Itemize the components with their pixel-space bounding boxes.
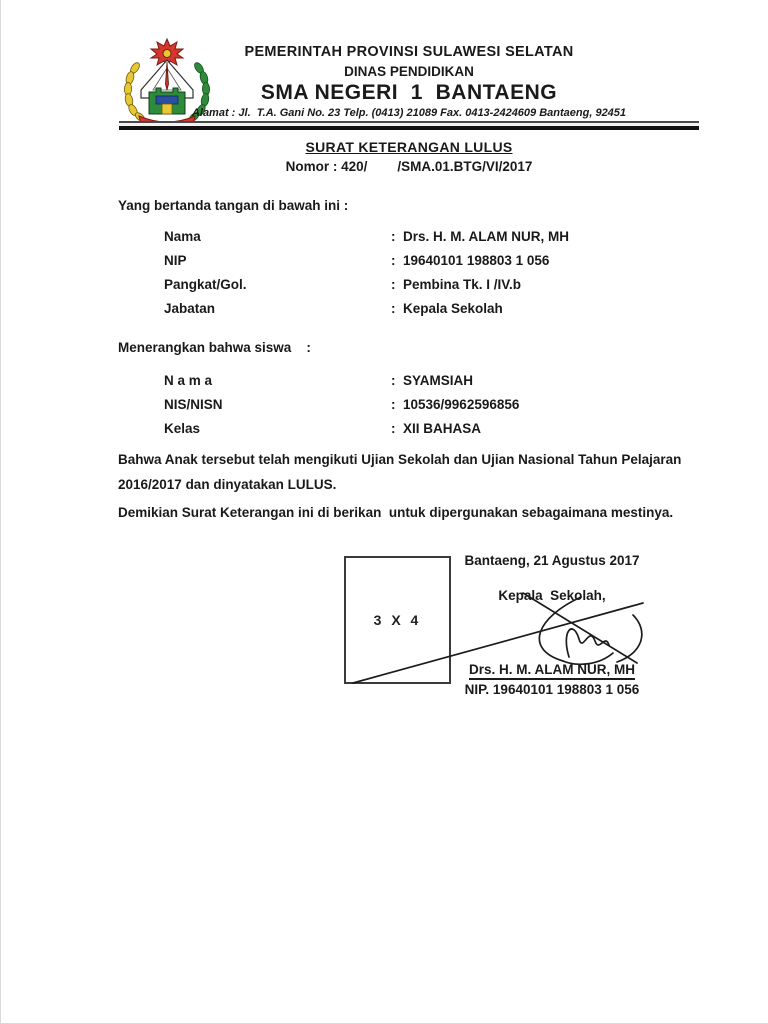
intro-line: Yang bertanda tangan di bawah ini : xyxy=(118,198,698,213)
student-row-nisn: NIS/NISN : 10536/9962596856 xyxy=(164,397,704,421)
row-value: 10536/9962596856 xyxy=(403,397,519,412)
closing-paragraph: Demikian Surat Keterangan ini di berikan… xyxy=(118,505,718,520)
row-label: Nama xyxy=(164,229,391,244)
letter-number: Nomor : 420/ /SMA.01.BTG/VI/2017 xyxy=(119,159,699,174)
photo-placeholder-box: 3 X 4 xyxy=(344,556,451,684)
student-row-kelas: Kelas : XII BAHASA xyxy=(164,421,704,445)
official-row-nama: Nama : Drs. H. M. ALAM NUR, MH xyxy=(164,229,704,253)
letter-title-block: SURAT KETERANGAN LULUS Nomor : 420/ /SMA… xyxy=(119,139,699,174)
row-colon: : xyxy=(391,301,403,316)
letterhead-divider xyxy=(119,121,699,130)
row-colon: : xyxy=(391,397,403,412)
row-colon: : xyxy=(391,229,403,244)
signature-block: Bantaeng, 21 Agustus 2017 Kepala Sekolah… xyxy=(441,553,663,697)
official-details: Nama : Drs. H. M. ALAM NUR, MH NIP : 196… xyxy=(164,229,704,325)
row-colon: : xyxy=(391,253,403,268)
signer-nip: NIP. 19640101 198803 1 056 xyxy=(441,682,663,697)
row-value: XII BAHASA xyxy=(403,421,481,436)
official-row-jabatan: Jabatan : Kepala Sekolah xyxy=(164,301,704,325)
photo-size-label: 3 X 4 xyxy=(374,612,422,628)
official-row-nip: NIP : 19640101 198803 1 056 xyxy=(164,253,704,277)
row-value: SYAMSIAH xyxy=(403,373,473,388)
school-name: SMA NEGERI 1 BANTAENG xyxy=(119,81,699,105)
letter-title: SURAT KETERANGAN LULUS xyxy=(119,139,699,155)
student-intro-line: Menerangkan bahwa siswa : xyxy=(118,340,698,355)
statement-paragraph: Bahwa Anak tersebut telah mengikuti Ujia… xyxy=(118,447,698,497)
school-address: Alamat : Jl. T.A. Gani No. 23 Telp. (041… xyxy=(119,107,699,119)
row-value: Kepala Sekolah xyxy=(403,301,503,316)
row-colon: : xyxy=(391,421,403,436)
row-value: Pembina Tk. I /IV.b xyxy=(403,277,521,292)
signer-name: Drs. H. M. ALAM NUR, MH xyxy=(469,662,635,680)
letterhead: PEMERINTAH PROVINSI SULAWESI SELATAN DIN… xyxy=(119,44,699,119)
row-label: N a m a xyxy=(164,373,391,388)
row-label: Pangkat/Gol. xyxy=(164,277,391,292)
student-row-nama: N a m a : SYAMSIAH xyxy=(164,373,704,397)
row-colon: : xyxy=(391,277,403,292)
row-label: Jabatan xyxy=(164,301,391,316)
signer-role: Kepala Sekolah, xyxy=(441,588,663,603)
row-colon: : xyxy=(391,373,403,388)
row-label: NIP xyxy=(164,253,391,268)
student-details: N a m a : SYAMSIAH NIS/NISN : 10536/9962… xyxy=(164,373,704,445)
official-row-pangkat: Pangkat/Gol. : Pembina Tk. I /IV.b xyxy=(164,277,704,301)
certificate-page: PEMERINTAH PROVINSI SULAWESI SELATAN DIN… xyxy=(0,0,768,1024)
row-label: NIS/NISN xyxy=(164,397,391,412)
row-value: 19640101 198803 1 056 xyxy=(403,253,549,268)
place-and-date: Bantaeng, 21 Agustus 2017 xyxy=(441,553,663,568)
department-name: DINAS PENDIDIKAN xyxy=(119,64,699,79)
row-label: Kelas xyxy=(164,421,391,436)
row-value: Drs. H. M. ALAM NUR, MH xyxy=(403,229,569,244)
government-name: PEMERINTAH PROVINSI SULAWESI SELATAN xyxy=(119,44,699,60)
